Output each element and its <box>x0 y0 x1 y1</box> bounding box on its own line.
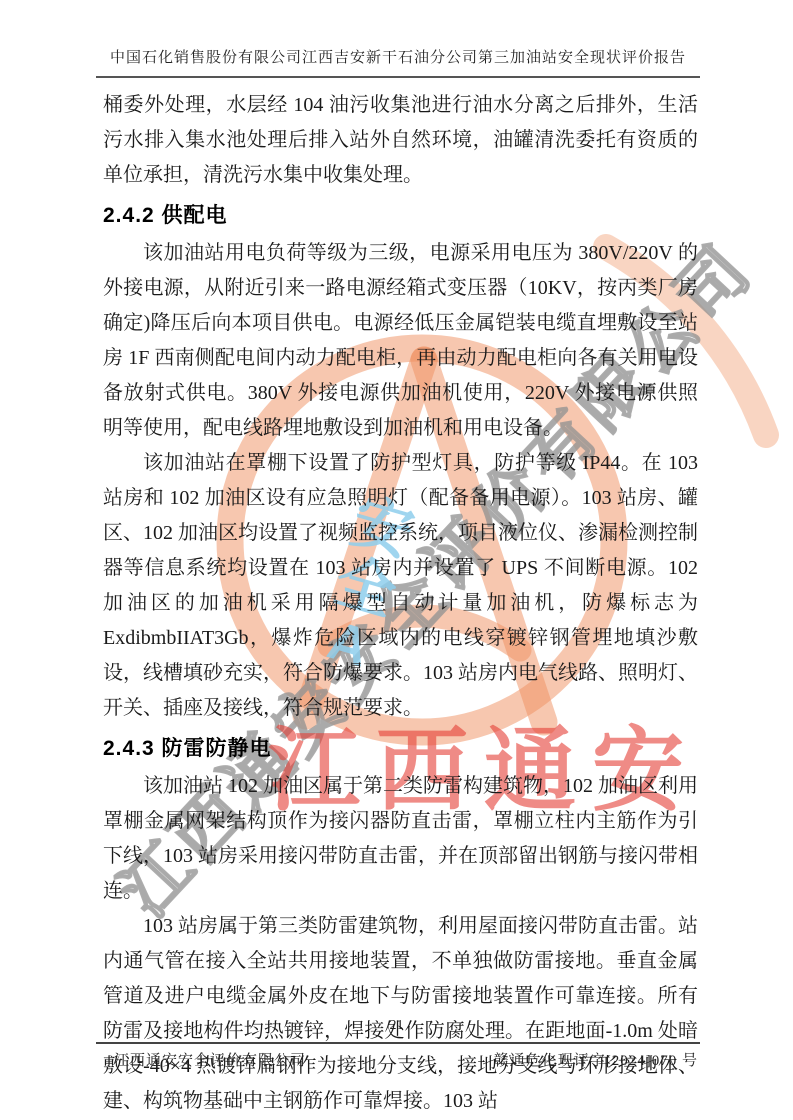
page-number: 21 <box>0 1018 793 1034</box>
section-heading-2-4-3: 2.4.3 防雷防静电 <box>103 730 698 768</box>
footer-company-name: 江西通安安全评价有限公司 <box>114 1049 306 1070</box>
body-paragraph: 该加油站在罩棚下设置了防护型灯具，防护等级 IP44。在 103 站房和 102… <box>103 446 698 726</box>
page-footer: 江西通安安全评价有限公司 赣通危化现评字[2024]070 号 <box>96 1042 700 1070</box>
document-body: 桶委外处理，水层经 104 油污收集池进行油水分离之后排外，生活污水排入集水池处… <box>103 88 698 1119</box>
body-paragraph: 该加油站用电负荷等级为三级，电源采用电压为 380V/220V 的外接电源，从附… <box>103 236 698 446</box>
body-paragraph: 桶委外处理，水层经 104 油污收集池进行油水分离之后排外，生活污水排入集水池处… <box>103 88 698 193</box>
footer-document-number: 赣通危化现评字[2024]070 号 <box>494 1049 698 1070</box>
body-paragraph: 该加油站 102 加油区属于第二类防雷构建筑物，102 加油区利用罩棚金属网架结… <box>103 769 698 909</box>
body-paragraph: 103 站房属于第三类防雷建筑物，利用屋面接闪带防直击雷。站内通气管在接入全站共… <box>103 909 698 1119</box>
page-header-title: 中国石化销售股份有限公司江西吉安新干石油分公司第三加油站安全现状评价报告 <box>96 46 700 78</box>
document-page: 江西通安安全评价有限公司 安 全 A 江西通安 中国石化销售股份有限公司江西吉安… <box>0 0 793 1120</box>
section-heading-2-4-2: 2.4.2 供配电 <box>103 197 698 235</box>
page-content: 中国石化销售股份有限公司江西吉安新干石油分公司第三加油站安全现状评价报告 桶委外… <box>0 0 793 1120</box>
